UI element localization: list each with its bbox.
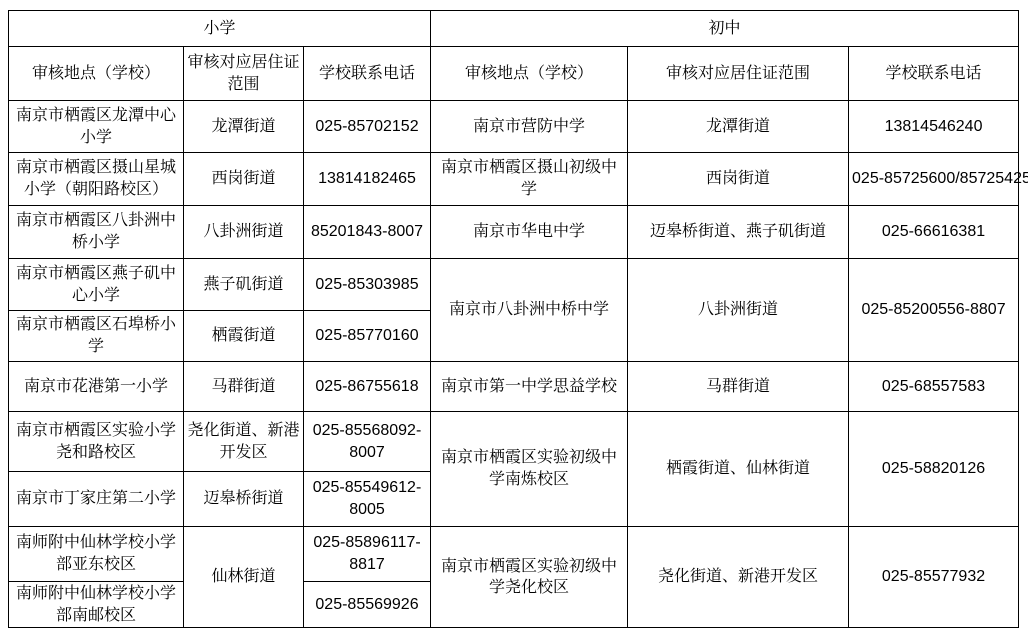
cell-r6-junior-phone: 025-68557583 bbox=[849, 362, 1019, 412]
cell-r6-junior-school: 南京市第一中学思益学校 bbox=[431, 362, 628, 412]
cell-r2-junior-range: 西岗街道 bbox=[628, 153, 849, 206]
cell-r8-primary-phone: 025-85549612-8005 bbox=[304, 472, 431, 527]
cell-r6-junior-range: 马群街道 bbox=[628, 362, 849, 412]
table-row: 南京市栖霞区实验小学尧和路校区 尧化街道、新港开发区 025-85568092-… bbox=[9, 412, 1019, 472]
cell-r1-primary-range: 龙潭街道 bbox=[184, 101, 304, 153]
cell-r5-primary-range: 栖霞街道 bbox=[184, 311, 304, 362]
cell-r7-junior-phone: 025-58820126 bbox=[849, 412, 1019, 527]
cell-r7-primary-phone: 025-85568092-8007 bbox=[304, 412, 431, 472]
cell-r7-primary-range: 尧化街道、新港开发区 bbox=[184, 412, 304, 472]
cell-r8-primary-range: 迈皋桥街道 bbox=[184, 472, 304, 527]
col-header-junior-range: 审核对应居住证范围 bbox=[628, 47, 849, 101]
cell-r1-junior-phone: 13814546240 bbox=[849, 101, 1019, 153]
table-row: 南京市栖霞区摄山星城小学（朝阳路校区） 西岗街道 13814182465 南京市… bbox=[9, 153, 1019, 206]
cell-r1-junior-school: 南京市营防中学 bbox=[431, 101, 628, 153]
cell-r6-primary-phone: 025-86755618 bbox=[304, 362, 431, 412]
cell-r4-junior-range: 八卦洲街道 bbox=[628, 259, 849, 362]
cell-r2-primary-school: 南京市栖霞区摄山星城小学（朝阳路校区） bbox=[9, 153, 184, 206]
cell-r5-primary-phone: 025-85770160 bbox=[304, 311, 431, 362]
cell-r4-primary-phone: 025-85303985 bbox=[304, 259, 431, 311]
table-row: 南京市花港第一小学 马群街道 025-86755618 南京市第一中学思益学校 … bbox=[9, 362, 1019, 412]
cell-r2-primary-range: 西岗街道 bbox=[184, 153, 304, 206]
table-row: 南京市栖霞区八卦洲中桥小学 八卦洲街道 85201843-8007 南京市华电中… bbox=[9, 206, 1019, 259]
cell-r4-primary-school: 南京市栖霞区燕子矶中心小学 bbox=[9, 259, 184, 311]
section-header-row: 小学 初中 bbox=[9, 11, 1019, 47]
col-header-junior-school: 审核地点（学校） bbox=[431, 47, 628, 101]
cell-r1-primary-phone: 025-85702152 bbox=[304, 101, 431, 153]
cell-r7-junior-school: 南京市栖霞区实验初级中学南炼校区 bbox=[431, 412, 628, 527]
table-row: 南京市栖霞区龙潭中心小学 龙潭街道 025-85702152 南京市营防中学 龙… bbox=[9, 101, 1019, 153]
column-header-row: 审核地点（学校） 审核对应居住证范围 学校联系电话 审核地点（学校） 审核对应居… bbox=[9, 47, 1019, 101]
cell-r3-junior-phone: 025-66616381 bbox=[849, 206, 1019, 259]
cell-r6-primary-range: 马群街道 bbox=[184, 362, 304, 412]
cell-r4-junior-phone: 025-85200556-8807 bbox=[849, 259, 1019, 362]
page: 小学 初中 审核地点（学校） 审核对应居住证范围 学校联系电话 审核地点（学校）… bbox=[0, 0, 1028, 631]
cell-r3-junior-range: 迈皋桥街道、燕子矶街道 bbox=[628, 206, 849, 259]
table-row: 南京市栖霞区燕子矶中心小学 燕子矶街道 025-85303985 南京市八卦洲中… bbox=[9, 259, 1019, 311]
cell-r9-junior-range: 尧化街道、新港开发区 bbox=[628, 527, 849, 628]
cell-r9-junior-school: 南京市栖霞区实验初级中学尧化校区 bbox=[431, 527, 628, 628]
cell-r8-primary-school: 南京市丁家庄第二小学 bbox=[9, 472, 184, 527]
cell-r3-primary-phone: 85201843-8007 bbox=[304, 206, 431, 259]
cell-r1-primary-school: 南京市栖霞区龙潭中心小学 bbox=[9, 101, 184, 153]
cell-r7-junior-range: 栖霞街道、仙林街道 bbox=[628, 412, 849, 527]
cell-r9-junior-phone: 025-85577932 bbox=[849, 527, 1019, 628]
col-header-primary-school: 审核地点（学校） bbox=[9, 47, 184, 101]
table-row: 南师附中仙林学校小学部亚东校区 仙林街道 025-85896117-8817 南… bbox=[9, 527, 1019, 582]
cell-r10-primary-school: 南师附中仙林学校小学部南邮校区 bbox=[9, 582, 184, 628]
cell-r9-primary-range: 仙林街道 bbox=[184, 527, 304, 628]
cell-r5-primary-school: 南京市栖霞区石埠桥小学 bbox=[9, 311, 184, 362]
cell-r3-primary-school: 南京市栖霞区八卦洲中桥小学 bbox=[9, 206, 184, 259]
school-review-table: 小学 初中 审核地点（学校） 审核对应居住证范围 学校联系电话 审核地点（学校）… bbox=[8, 10, 1019, 628]
cell-r10-primary-phone: 025-85569926 bbox=[304, 582, 431, 628]
cell-r2-junior-phone: 025-85725600/85725425 bbox=[849, 153, 1019, 206]
cell-r4-junior-school: 南京市八卦洲中桥中学 bbox=[431, 259, 628, 362]
cell-r2-junior-school: 南京市栖霞区摄山初级中学 bbox=[431, 153, 628, 206]
cell-r9-primary-school: 南师附中仙林学校小学部亚东校区 bbox=[9, 527, 184, 582]
col-header-junior-phone: 学校联系电话 bbox=[849, 47, 1019, 101]
cell-r2-primary-phone: 13814182465 bbox=[304, 153, 431, 206]
col-header-primary-phone: 学校联系电话 bbox=[304, 47, 431, 101]
cell-r7-primary-school: 南京市栖霞区实验小学尧和路校区 bbox=[9, 412, 184, 472]
cell-r4-primary-range: 燕子矶街道 bbox=[184, 259, 304, 311]
section-header-junior: 初中 bbox=[431, 11, 1019, 47]
cell-r9-primary-phone: 025-85896117-8817 bbox=[304, 527, 431, 582]
cell-r3-primary-range: 八卦洲街道 bbox=[184, 206, 304, 259]
col-header-primary-range: 审核对应居住证范围 bbox=[184, 47, 304, 101]
cell-r6-primary-school: 南京市花港第一小学 bbox=[9, 362, 184, 412]
cell-r1-junior-range: 龙潭街道 bbox=[628, 101, 849, 153]
section-header-primary: 小学 bbox=[9, 11, 431, 47]
cell-r3-junior-school: 南京市华电中学 bbox=[431, 206, 628, 259]
